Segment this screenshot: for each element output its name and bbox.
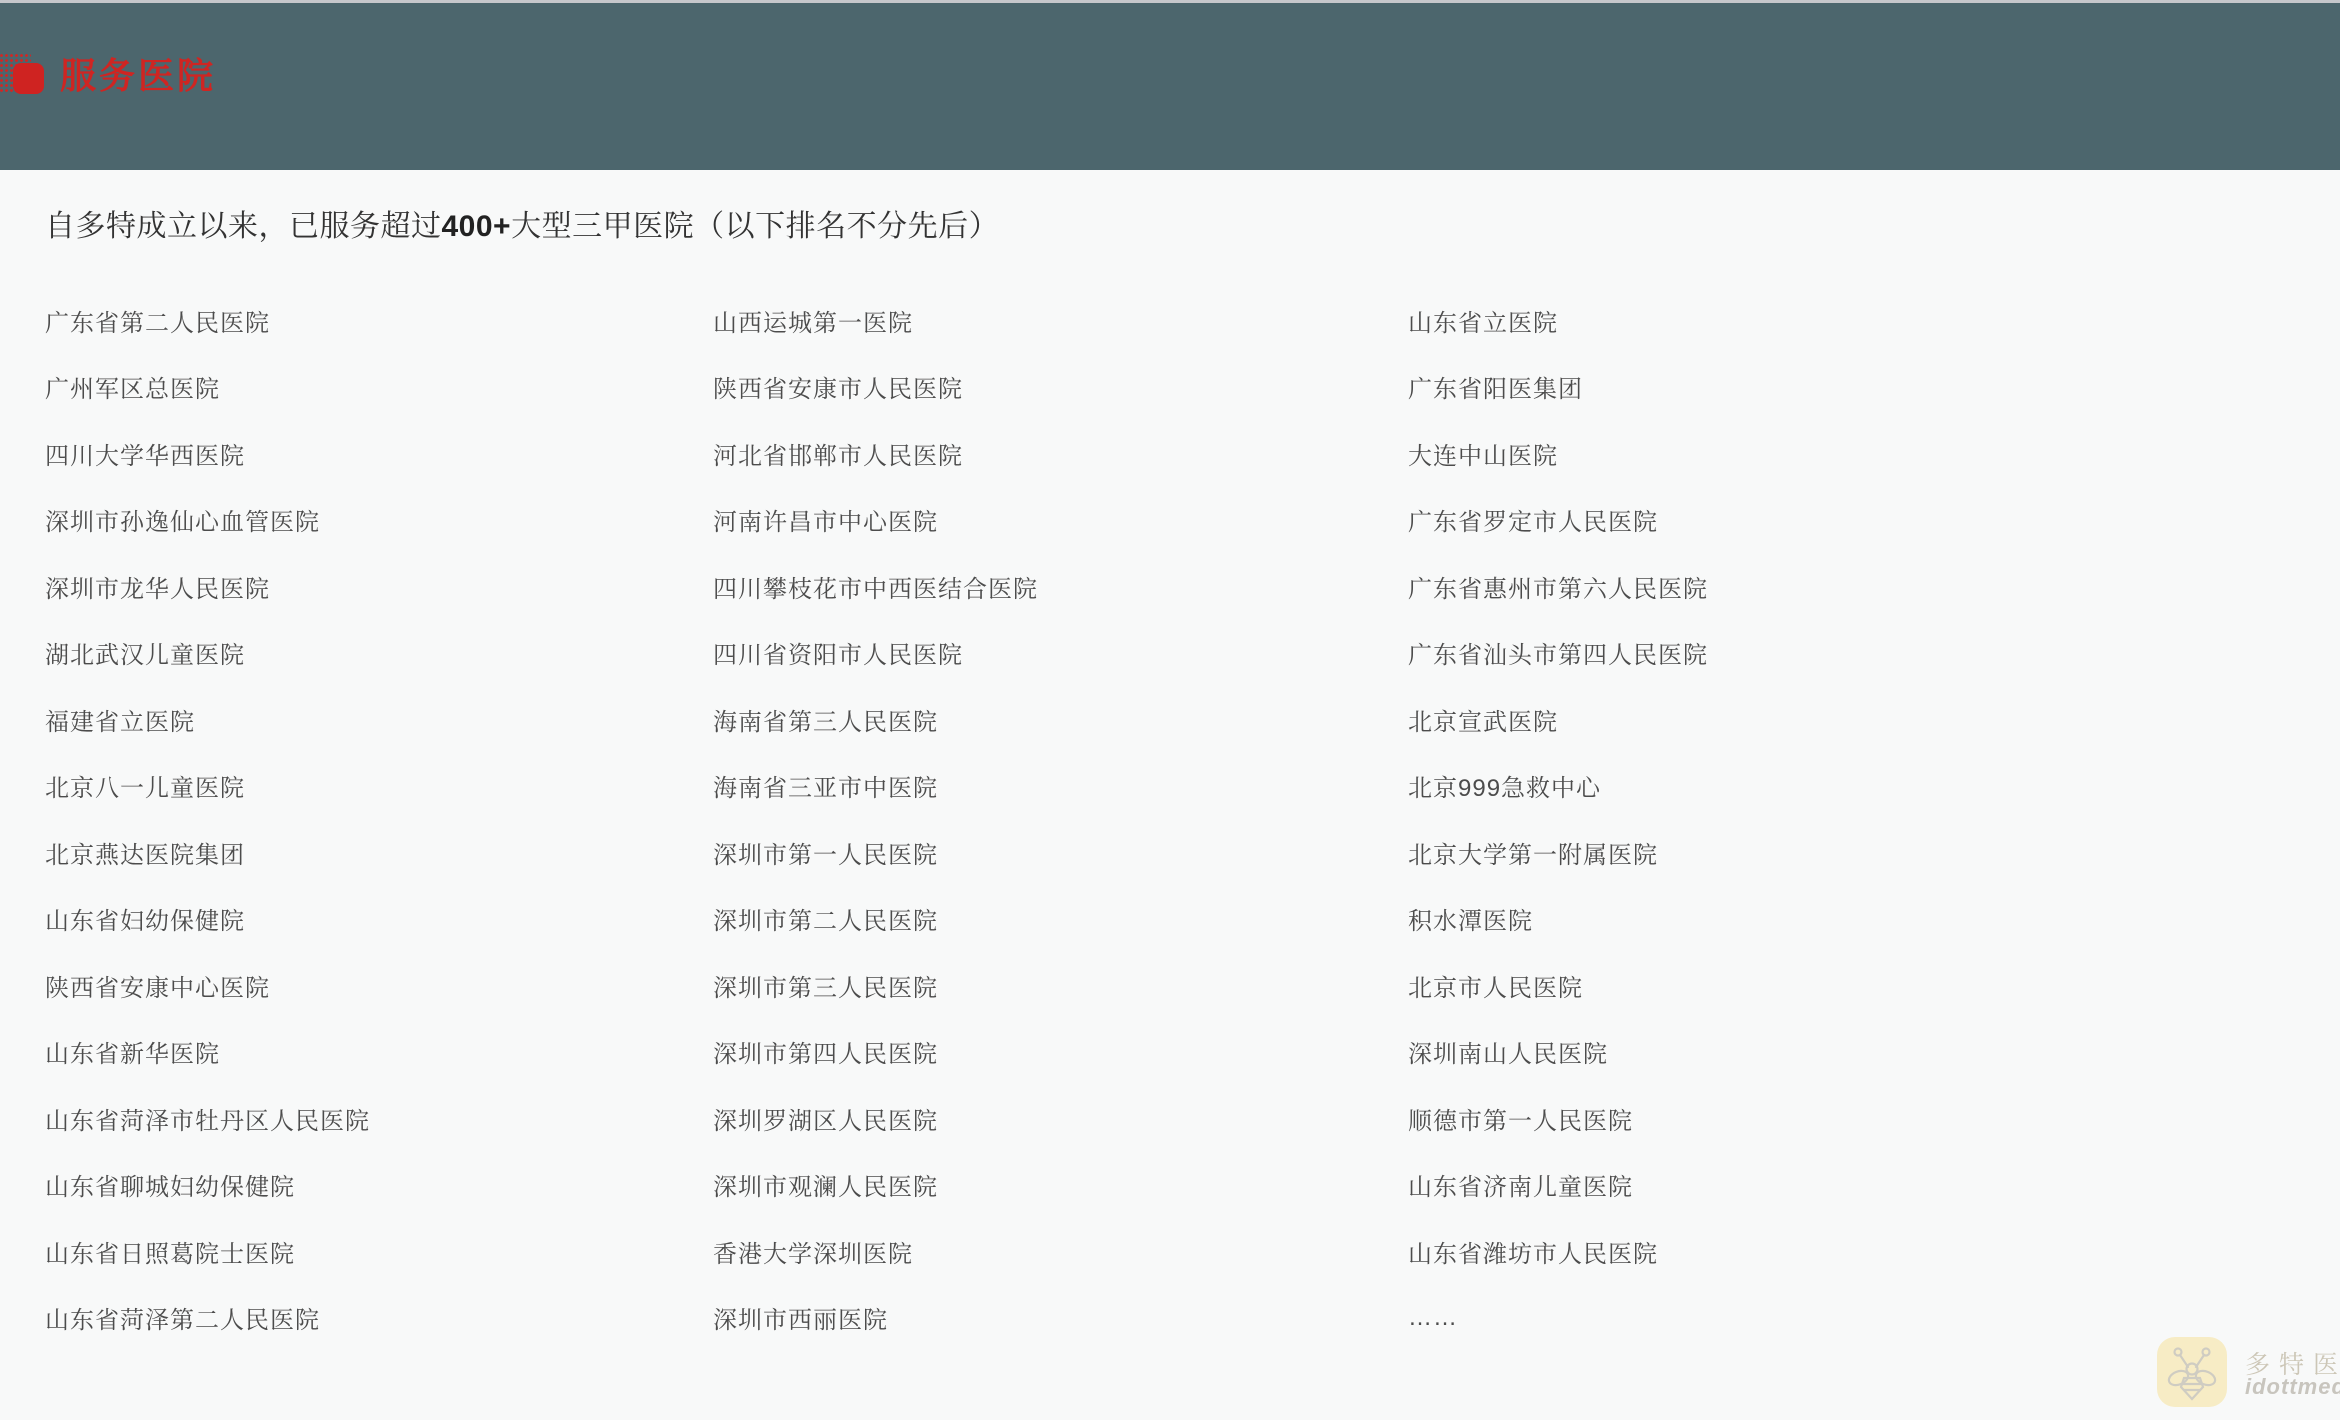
hospital-name: 顺德市第一人民医院 xyxy=(1408,1085,2258,1152)
hospital-name: 山东省立医院 xyxy=(1408,287,2258,354)
intro-text: 自多特成立以来，已服务超过400+大型三甲医院（以下排名不分先后） xyxy=(45,208,999,246)
hospital-name: 北京宣武医院 xyxy=(1408,686,2258,753)
hospital-name: 海南省三亚市中医院 xyxy=(713,753,1408,820)
hospital-name: 深圳市龙华人民医院 xyxy=(45,553,713,620)
hospital-list: 广东省第二人民医院广州军区总医院四川大学华西医院深圳市孙逸仙心血管医院深圳市龙华… xyxy=(45,287,2295,1351)
hospital-name: 北京大学第一附属医院 xyxy=(1408,819,2258,886)
page-title: 服务医院 xyxy=(60,55,216,97)
hospital-name: 深圳南山人民医院 xyxy=(1408,1019,2258,1086)
hospital-name: 陕西省安康中心医院 xyxy=(45,952,713,1019)
hospital-name: 广东省汕头市第四人民医院 xyxy=(1408,620,2258,687)
hospital-column-2: 山西运城第一医院陕西省安康市人民医院河北省邯郸市人民医院河南许昌市中心医院四川攀… xyxy=(713,287,1408,1351)
hospital-name: 山东省妇幼保健院 xyxy=(45,886,713,953)
hospital-name: 山东省济南儿童医院 xyxy=(1408,1152,2258,1219)
hospital-column-3: 山东省立医院广东省阳医集团大连中山医院广东省罗定市人民医院广东省惠州市第六人民医… xyxy=(1408,287,2258,1351)
section-marker-icon xyxy=(0,53,50,101)
hospital-name: 四川大学华西医院 xyxy=(45,420,713,487)
brand-name-en: idottmed® xyxy=(2245,1374,2340,1400)
hospital-name: 深圳市第一人民医院 xyxy=(713,819,1408,886)
hospital-name: 广州军区总医院 xyxy=(45,354,713,421)
hospital-name: 北京999急救中心 xyxy=(1408,753,2258,820)
hospital-name: 山东省新华医院 xyxy=(45,1019,713,1086)
hospital-name: 四川攀枝花市中西医结合医院 xyxy=(713,553,1408,620)
hospital-name: 山东省聊城妇幼保健院 xyxy=(45,1152,713,1219)
hospital-name: 深圳市孙逸仙心血管医院 xyxy=(45,487,713,554)
hospital-name: 陕西省安康市人民医院 xyxy=(713,354,1408,421)
intro-suffix: 大型三甲医院（以下排名不分先后） xyxy=(511,210,999,243)
hospital-name: 深圳市西丽医院 xyxy=(713,1285,1408,1352)
hospital-name: 深圳市第四人民医院 xyxy=(713,1019,1408,1086)
intro-highlight-count: 400+ xyxy=(442,210,512,243)
intro-prefix: 自多特成立以来，已服务超过 xyxy=(45,210,442,243)
hospital-name: 广东省罗定市人民医院 xyxy=(1408,487,2258,554)
hospital-name: 广东省第二人民医院 xyxy=(45,287,713,354)
hospital-name: 山东省菏泽第二人民医院 xyxy=(45,1285,713,1352)
hospital-name: 积水潭医院 xyxy=(1408,886,2258,953)
hospital-name: 北京燕达医院集团 xyxy=(45,819,713,886)
section-header-band: 服务医院 xyxy=(0,3,2340,170)
hospital-name: 山东省潍坊市人民医院 xyxy=(1408,1218,2258,1285)
hospital-name: 香港大学深圳医院 xyxy=(713,1218,1408,1285)
hospital-name: 北京市人民医院 xyxy=(1408,952,2258,1019)
hospital-name: 山东省菏泽市牡丹区人民医院 xyxy=(45,1085,713,1152)
hospital-name: 广东省惠州市第六人民医院 xyxy=(1408,553,2258,620)
hospital-name: 深圳市第三人民医院 xyxy=(713,952,1408,1019)
hospital-name: 深圳市观澜人民医院 xyxy=(713,1152,1408,1219)
hospital-name: 山西运城第一医院 xyxy=(713,287,1408,354)
bee-icon xyxy=(2157,1337,2227,1407)
hospital-name: 深圳罗湖区人民医院 xyxy=(713,1085,1408,1152)
hospital-name: 山东省日照葛院士医院 xyxy=(45,1218,713,1285)
red-square-icon xyxy=(13,63,44,94)
hospital-name: 四川省资阳市人民医院 xyxy=(713,620,1408,687)
hospital-name: 湖北武汉儿童医院 xyxy=(45,620,713,687)
hospital-name: 深圳市第二人民医院 xyxy=(713,886,1408,953)
hospital-name: 海南省第三人民医院 xyxy=(713,686,1408,753)
hospital-name: …… xyxy=(1408,1285,2258,1352)
hospital-name: 大连中山医院 xyxy=(1408,420,2258,487)
brand-watermark: 多特医疗 idottmed® xyxy=(2157,1337,2337,1412)
hospital-name: 广东省阳医集团 xyxy=(1408,354,2258,421)
hospital-name: 河北省邯郸市人民医院 xyxy=(713,420,1408,487)
hospital-name: 北京八一儿童医院 xyxy=(45,753,713,820)
hospital-column-1: 广东省第二人民医院广州军区总医院四川大学华西医院深圳市孙逸仙心血管医院深圳市龙华… xyxy=(45,287,713,1351)
hospital-name: 福建省立医院 xyxy=(45,686,713,753)
hospital-name: 河南许昌市中心医院 xyxy=(713,487,1408,554)
